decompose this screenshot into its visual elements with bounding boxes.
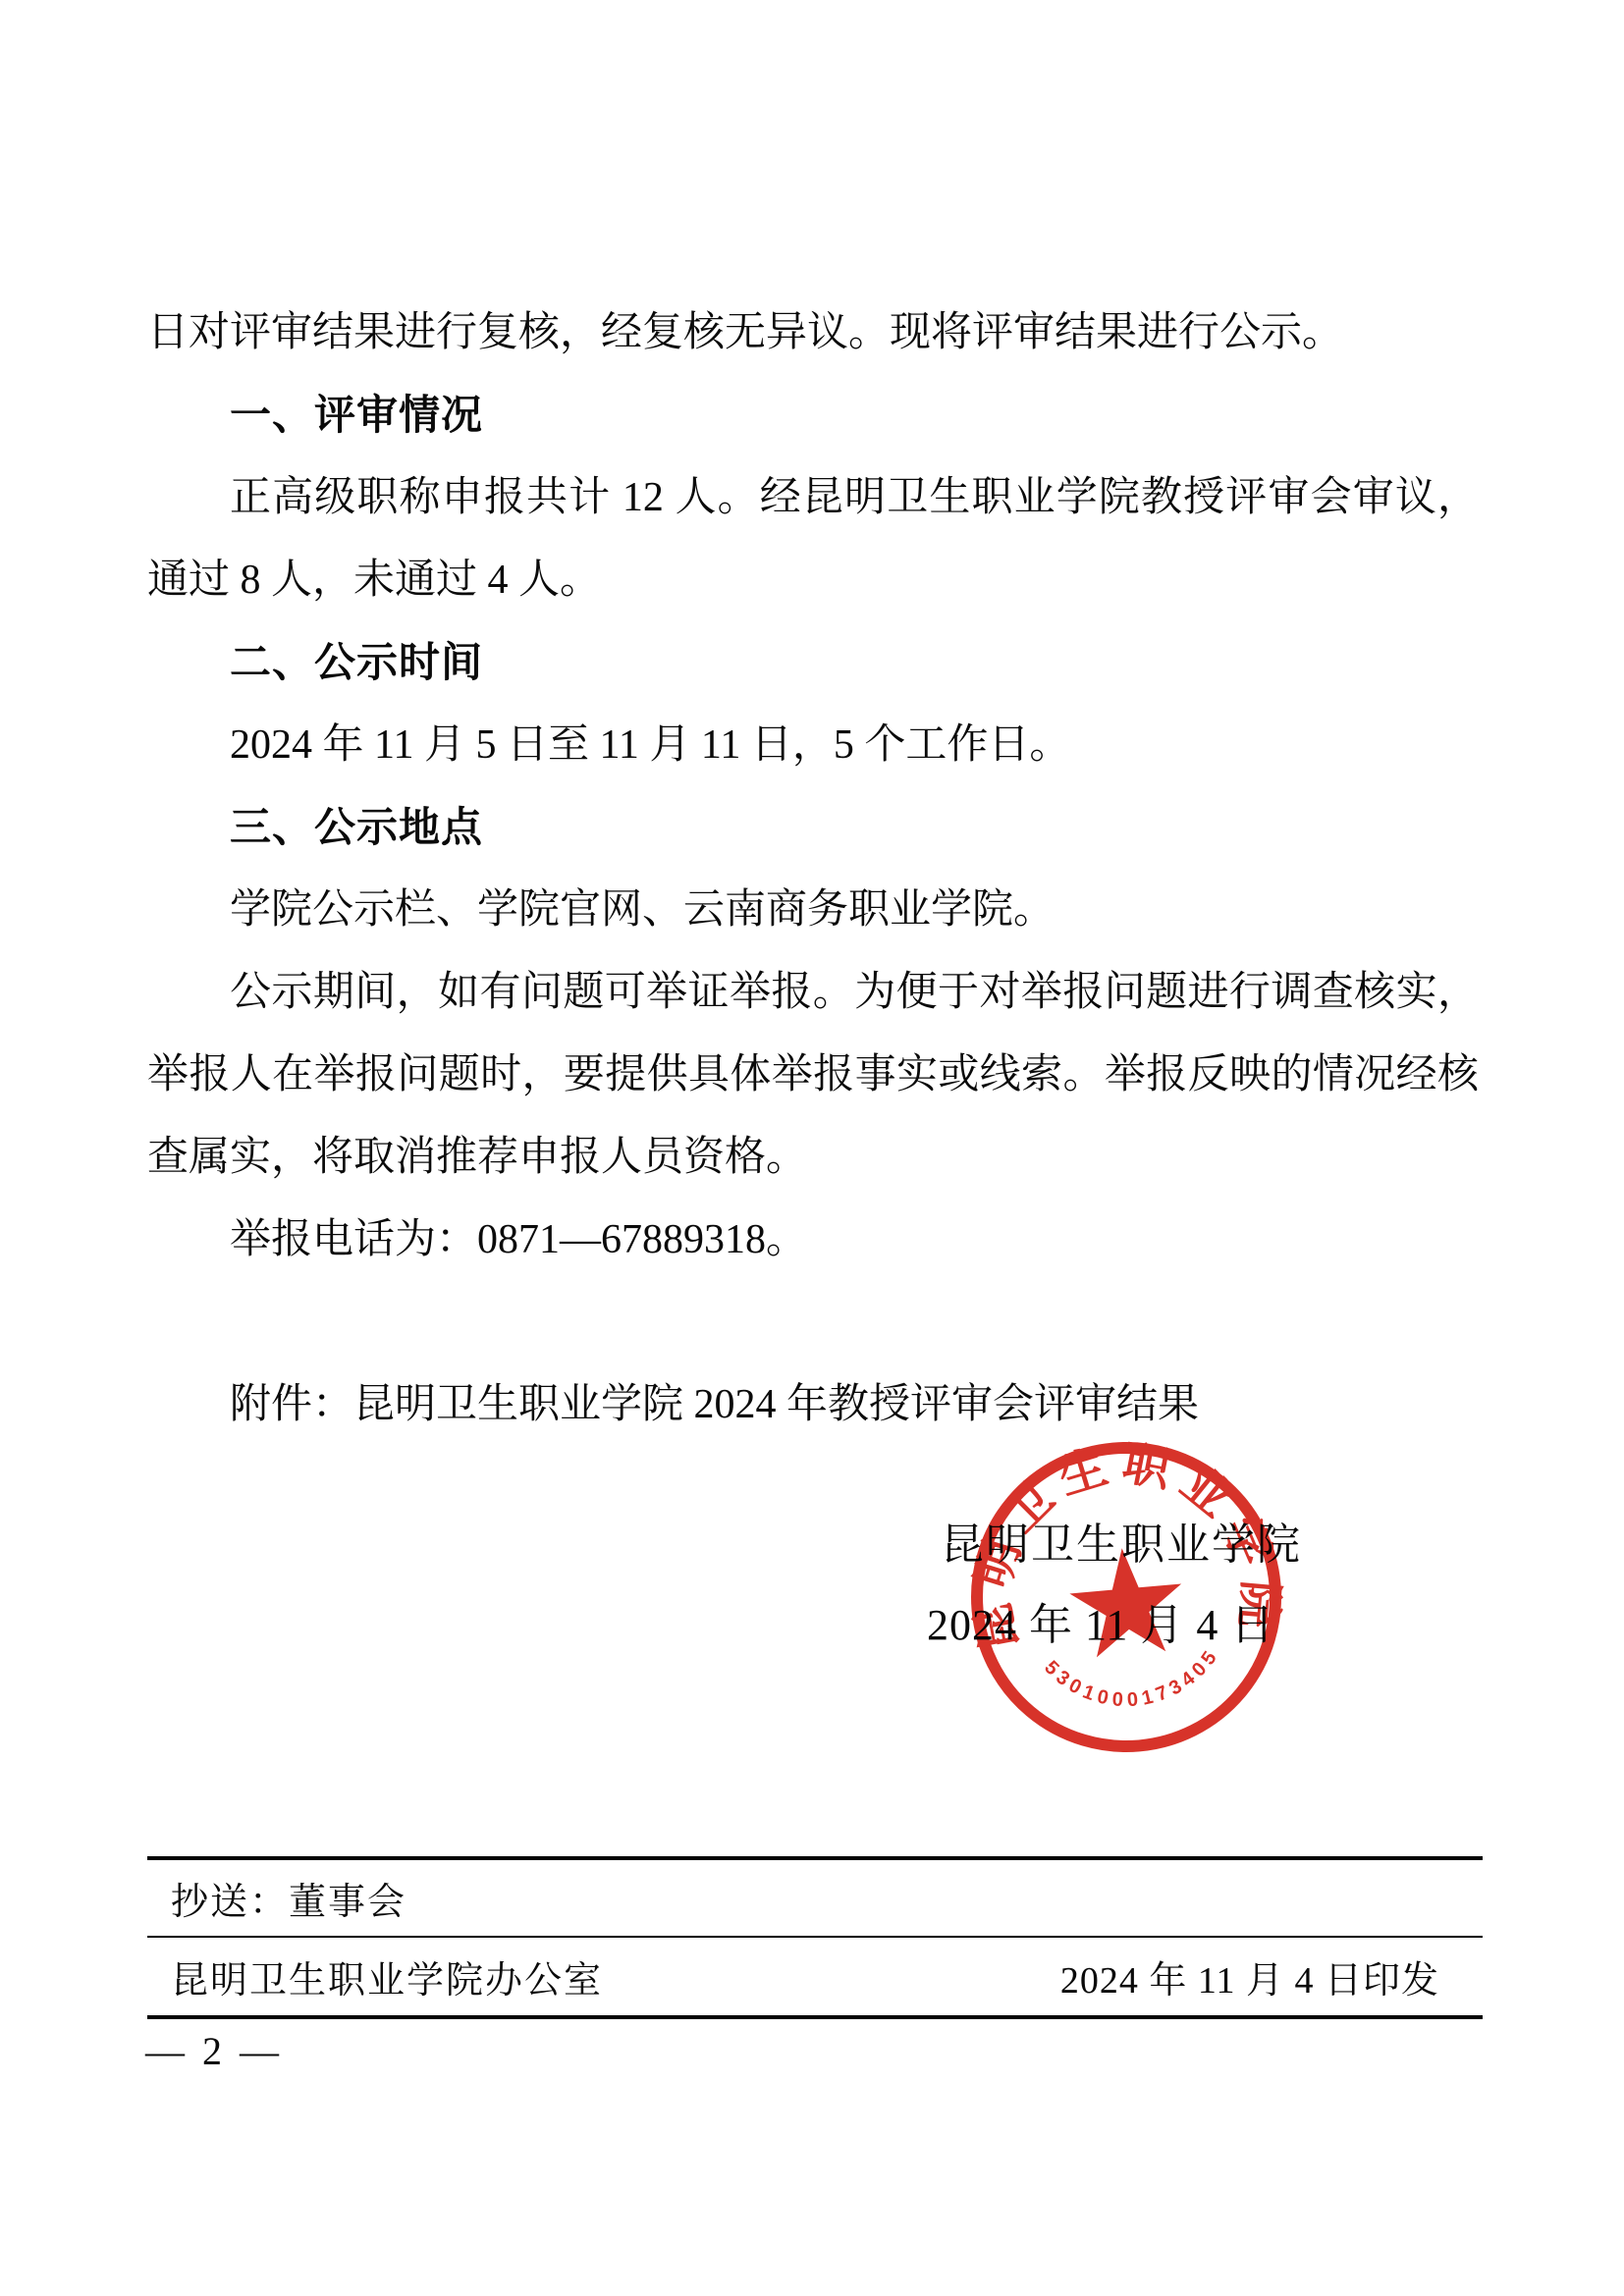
footer-issuer-row: 昆明卫生职业学院办公室 2024 年 11 月 4 日印发 [171, 1957, 1439, 2004]
paragraph-review: 正高级职称申报共计 12 人。经昆明卫生职业学院教授评审会审议，通过 8 人，未… [147, 456, 1479, 621]
paragraph-time: 2024 年 11 月 5 日至 11 月 11 日，5 个工作日。 [147, 704, 1479, 786]
seal-number: 5301000173405 [1039, 1642, 1228, 1719]
footer-cc-line: 抄送：董事会 [171, 1879, 406, 1926]
document-body: 日对评审结果进行复核，经复核无异议。现将评审结果进行公示。 一、评审情况 正高级… [147, 292, 1479, 1446]
footer-rule-bottom [147, 2015, 1483, 2019]
heading-publicity-time: 二、公示时间 [147, 621, 1479, 704]
blank-line [147, 1281, 1479, 1363]
paragraph-place: 学院公示栏、学院官网、云南商务职业学院。 [147, 869, 1479, 951]
footer-rule-top [147, 1856, 1483, 1860]
seal-star-icon [1066, 1543, 1187, 1659]
paragraph-intro: 日对评审结果进行复核，经复核无异议。现将评审结果进行公示。 [147, 292, 1479, 374]
document-page: 日对评审结果进行复核，经复核无异议。现将评审结果进行公示。 一、评审情况 正高级… [0, 0, 1624, 2296]
heading-publicity-place: 三、公示地点 [147, 786, 1479, 869]
heading-review-situation: 一、评审情况 [147, 374, 1479, 456]
footer-office: 昆明卫生职业学院办公室 [171, 1957, 603, 2004]
seal-ring-text: 昆明卫生职业学院 [962, 1433, 1290, 1667]
official-seal-stamp-icon: 昆明卫生职业学院 5301000173405 [962, 1433, 1290, 1761]
footer-rule-middle [147, 1936, 1483, 1938]
paragraph-phone: 举报电话为：0871—67889318。 [147, 1199, 1479, 1281]
paragraph-report: 公示期间，如有问题可举证举报。为便于对举报问题进行调查核实，举报人在举报问题时，… [147, 951, 1479, 1199]
page-number: — 2 — [145, 2028, 283, 2075]
footer-print-date: 2024 年 11 月 4 日印发 [1060, 1957, 1439, 2004]
